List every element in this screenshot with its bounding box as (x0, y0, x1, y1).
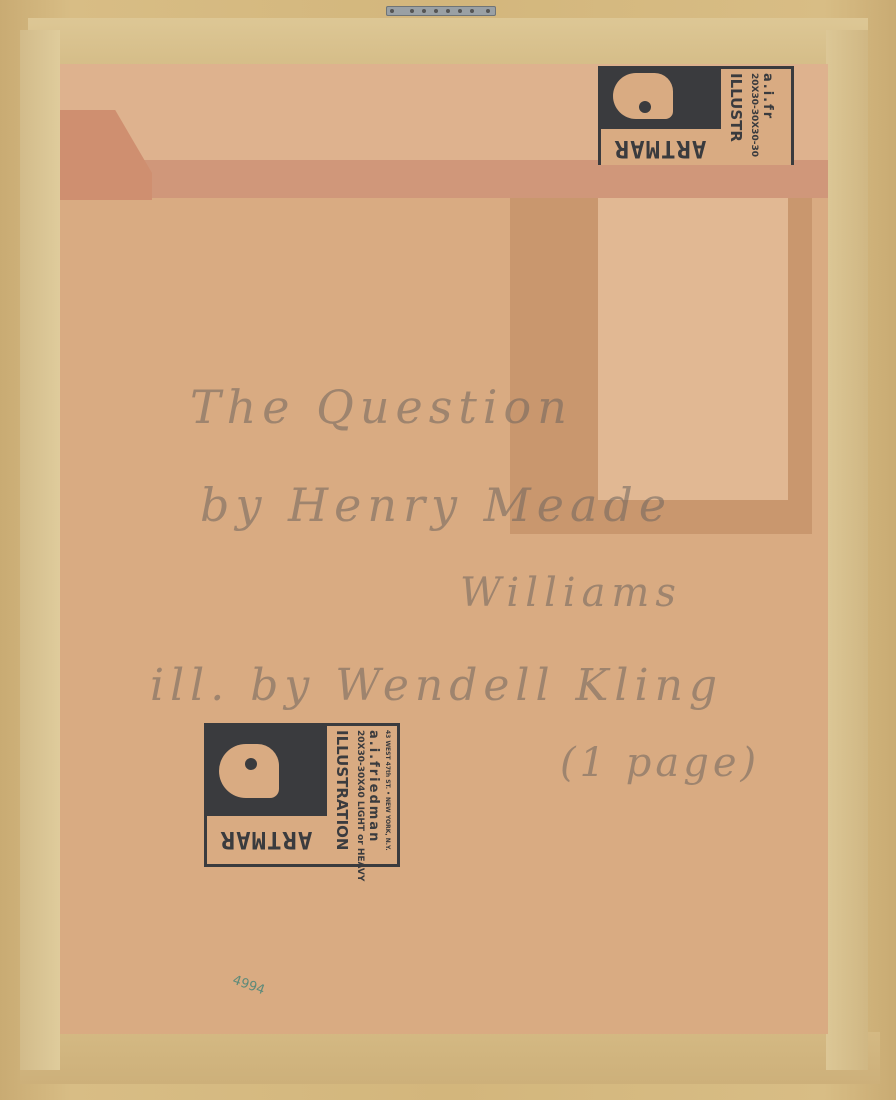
sawtooth-hanger (386, 6, 496, 16)
framer-stamp-partial: ARTMAR ILLUSTR 20X30-30X30-30 a.i.fr (598, 66, 794, 165)
handwriting-page-note: (1 page) (560, 740, 760, 786)
tape-right (826, 30, 868, 1070)
handwriting-author: by Henry Meade (200, 478, 672, 532)
palette-head-icon (207, 726, 327, 816)
tape-bottom (20, 1032, 880, 1084)
handwriting-author-surname: Williams (460, 570, 682, 616)
kraft-backing (60, 64, 828, 1034)
stain-band (60, 160, 828, 198)
handwriting-title: The Question (190, 380, 573, 434)
tape-left (20, 30, 60, 1070)
tape-top (28, 18, 868, 66)
frame-back: ARTMAR ILLUSTR 20X30-30X30-30 a.i.fr The… (0, 0, 896, 1100)
handwriting-illustrator: ill. by Wendell Kling (150, 660, 723, 711)
framer-stamp: ARTMAR ILLUSTRATION 20X30-30X40 LIGHT or… (204, 723, 400, 867)
